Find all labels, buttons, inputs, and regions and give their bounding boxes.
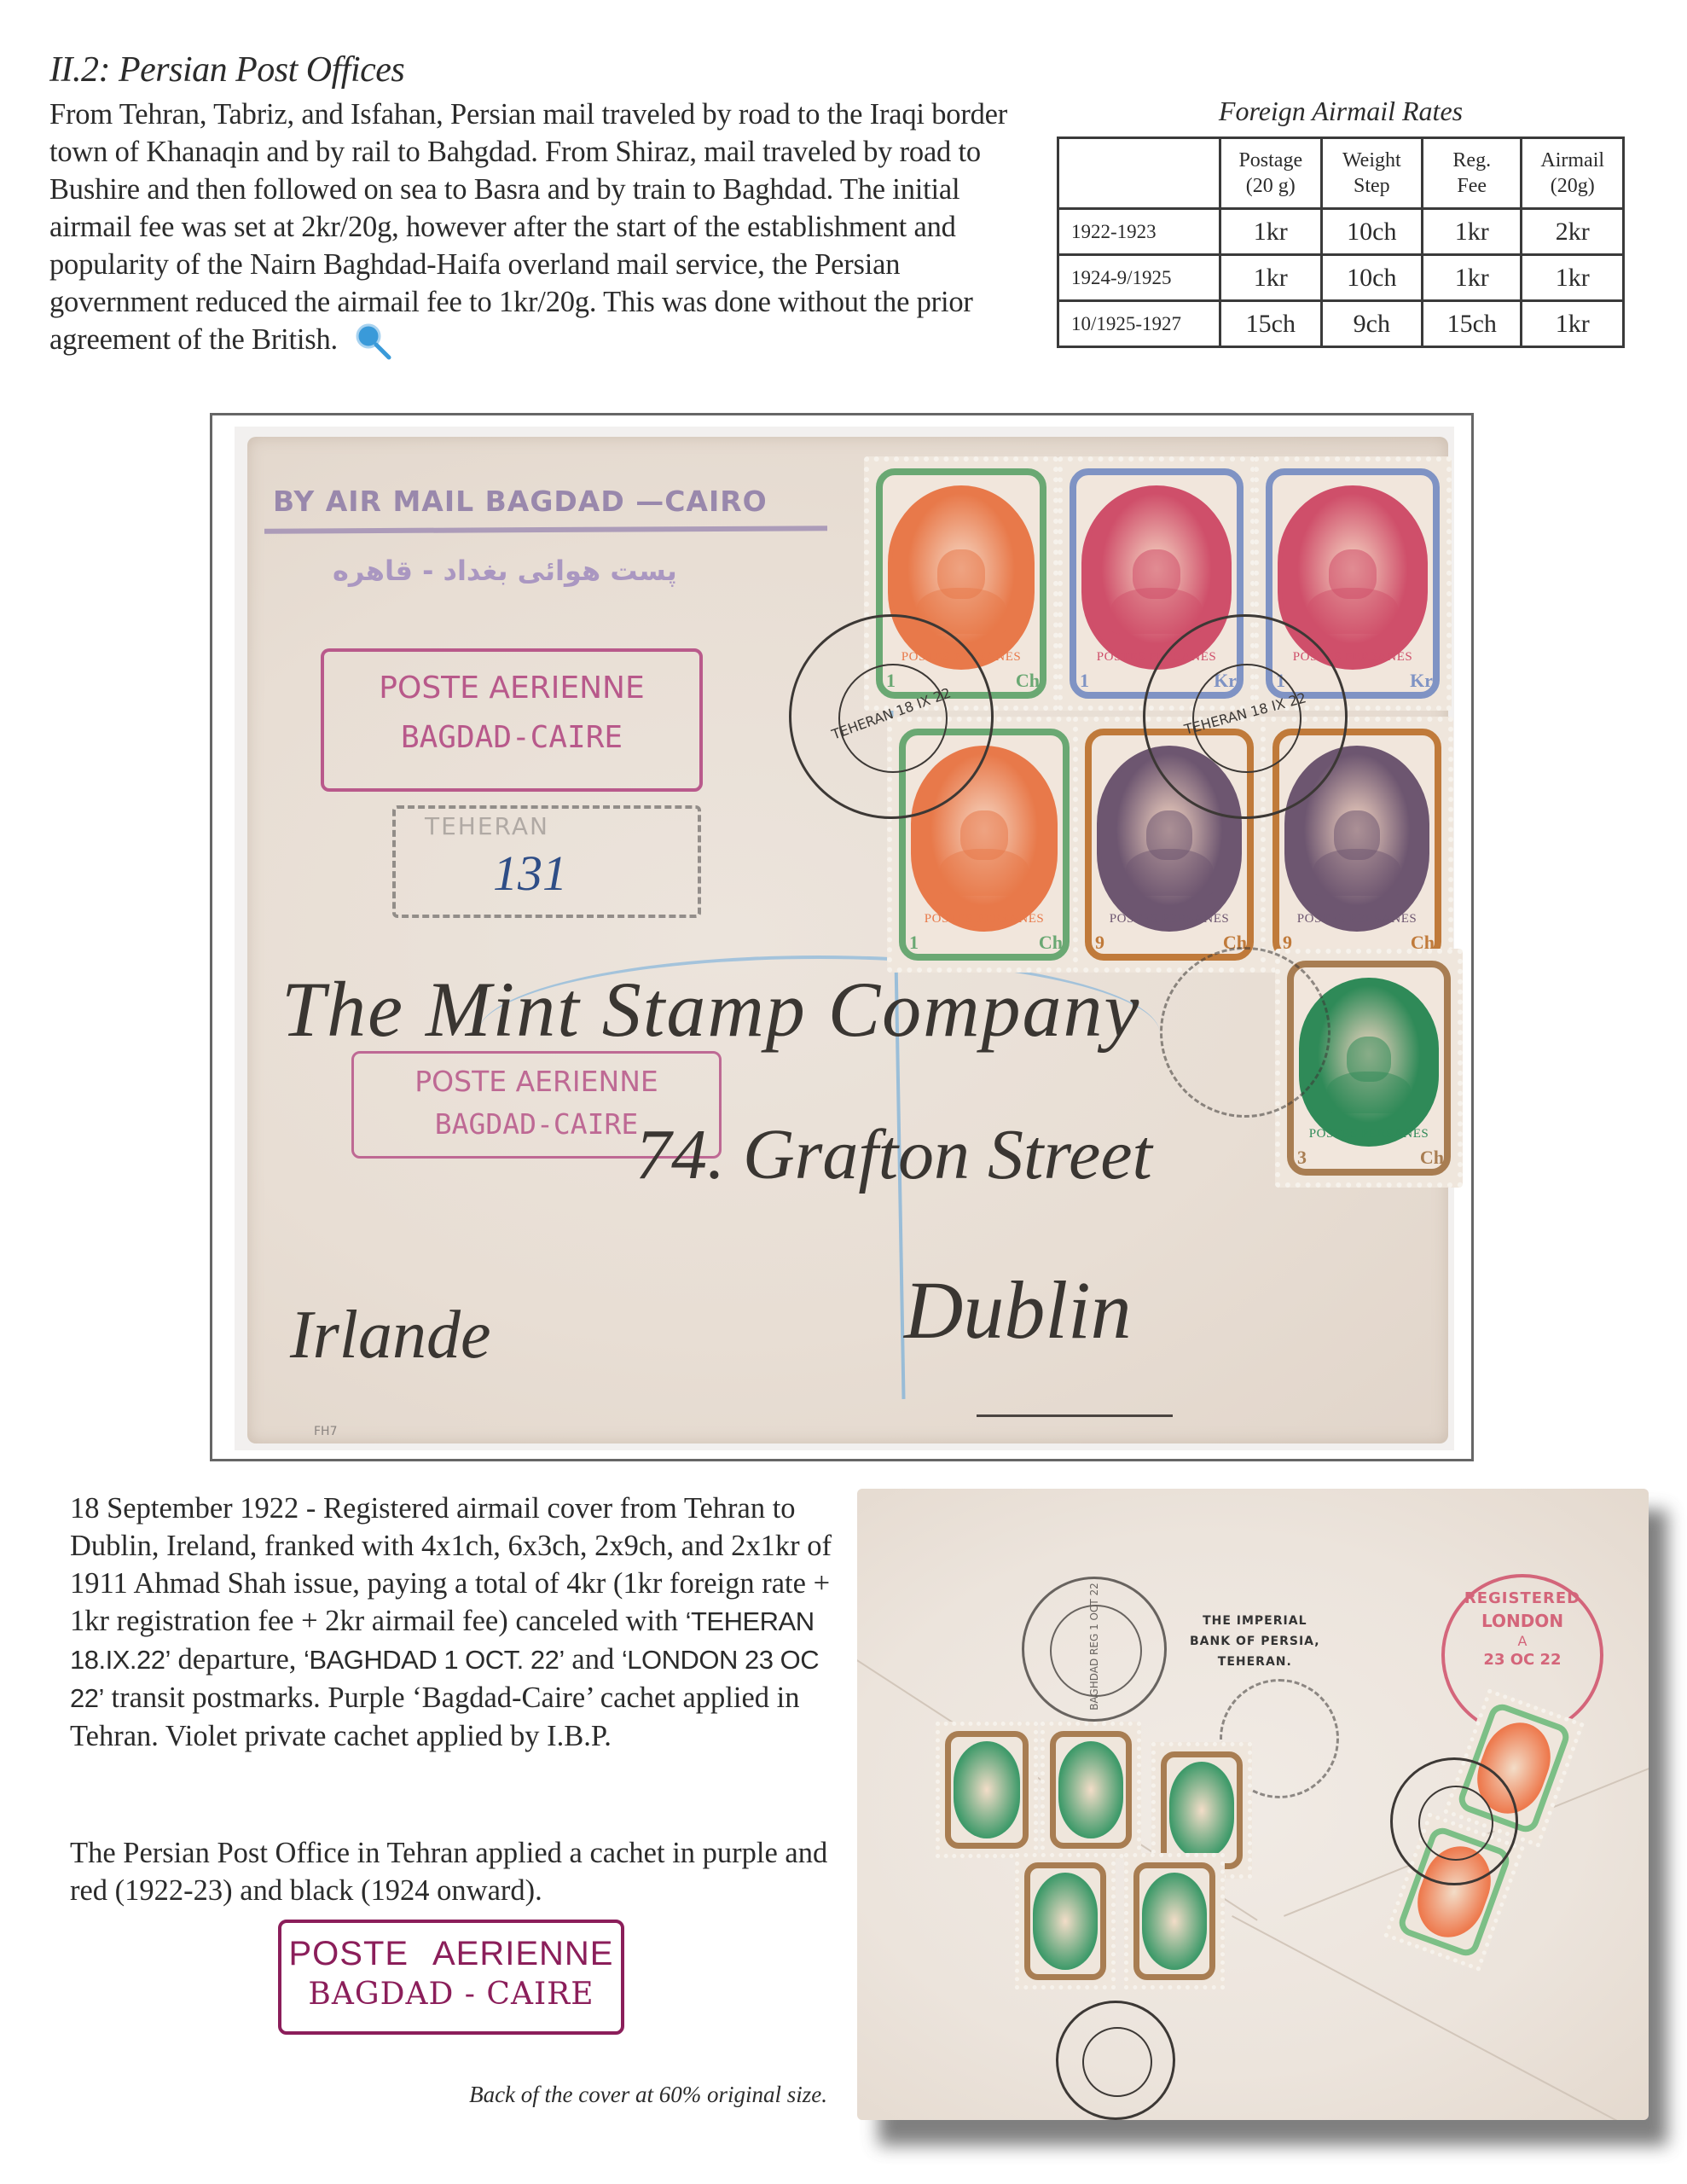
- stamp-portrait-bust: [1126, 849, 1213, 895]
- stamp-value: 1: [909, 932, 919, 954]
- pencil-note: FH7: [314, 1425, 338, 1438]
- stamp-portrait-bust: [940, 849, 1029, 895]
- cachet-line-1: POSTE AERIENNE: [354, 1060, 719, 1103]
- cover-description: 18 September 1922 - Registered airmail c…: [70, 1490, 838, 1755]
- stamp-unit: Ch: [1016, 670, 1040, 692]
- tehran-postmark: TEHERAN 18 IX 22: [789, 614, 994, 819]
- stamp-unit: Kr: [1410, 670, 1433, 692]
- tehran-postmark-back: [1390, 1757, 1518, 1885]
- table-row: 1924-9/1925 1kr 10ch 1kr 1kr: [1058, 255, 1624, 301]
- stamp-value: 3: [1297, 1147, 1307, 1169]
- registration-number: 131: [493, 845, 567, 902]
- cell-reg-fee: 1kr: [1423, 255, 1522, 301]
- address-country: Irlande: [290, 1297, 491, 1374]
- header-weight-step: WeightStep: [1321, 138, 1422, 209]
- poste-aerienne-cachet: POSTE AERIENNE BAGDAD-CAIRE: [321, 648, 703, 792]
- persian-airmail-handstamp: پست هوائی بغداد - قاهره: [333, 555, 677, 587]
- cell-weight-step: 10ch: [1321, 209, 1422, 255]
- cachet-line-1: POSTE AERIENNE: [324, 664, 699, 713]
- back-stamp: [1041, 1722, 1141, 1858]
- header-airmail: Airmail(20g): [1522, 138, 1624, 209]
- cell-period: 1924-9/1925: [1058, 255, 1220, 301]
- stamp-legend: POSTES PERSANES: [892, 912, 1076, 926]
- cell-airmail: 2kr: [1522, 209, 1624, 255]
- magnifier-icon[interactable]: [353, 322, 396, 361]
- table-row: 10/1925-1927 15ch 9ch 15ch 1kr: [1058, 301, 1624, 347]
- tehran-postmark-back: [1056, 2001, 1175, 2120]
- header-reg-fee: Reg.Fee: [1423, 138, 1522, 209]
- stamp-legend: POSTES PERSANES: [1266, 912, 1448, 926]
- intro-paragraph: From Tehran, Tabriz, and Isfahan, Persia…: [49, 96, 1030, 361]
- tehran-postmark: TEHERAN 18 IX 22: [1143, 614, 1348, 819]
- stamp-portrait-oval: [954, 1741, 1020, 1838]
- cell-reg-fee: 15ch: [1423, 301, 1522, 347]
- address-line-1: The Mint Stamp Company: [281, 964, 1140, 1054]
- stamp-portrait-oval: [1033, 1873, 1098, 1970]
- address-line-3: Dublin: [904, 1263, 1132, 1357]
- stamp-unit: Ch: [1039, 932, 1063, 954]
- rates-table-header: Postage(20 g) WeightStep Reg.Fee Airmail…: [1058, 138, 1624, 209]
- cell-airmail: 1kr: [1522, 301, 1624, 347]
- cachet-sample-line-2: BAGDAD - CAIRE: [281, 1977, 621, 2012]
- back-stamp: [936, 1722, 1038, 1858]
- stamp-value: 1: [1080, 670, 1089, 692]
- cachet-line-2: BAGDAD-CAIRE: [324, 713, 699, 763]
- stamp-portrait-bust: [1327, 1072, 1412, 1113]
- header-postage: Postage(20 g): [1220, 138, 1322, 209]
- stamp-portrait-oval: [1142, 1873, 1207, 1970]
- registration-label: TEHERAN: [425, 812, 549, 840]
- cell-airmail: 1kr: [1522, 255, 1624, 301]
- stamp-unit: Ch: [1420, 1147, 1444, 1169]
- header-empty: [1058, 138, 1220, 209]
- cell-postage: 1kr: [1220, 255, 1322, 301]
- cell-period: 1922-1923: [1058, 209, 1220, 255]
- baghdad-postmark: BAGHDAD REG 1 OCT 22: [1022, 1577, 1167, 1722]
- section-title: II.2: Persian Post Offices: [49, 49, 404, 90]
- address-line-2: 74. Grafton Street: [635, 1113, 1152, 1196]
- cell-reg-fee: 1kr: [1423, 209, 1522, 255]
- stamp-legend: POSTES PERSANES: [1280, 1127, 1458, 1141]
- back-stamp: [1015, 1853, 1116, 1989]
- address-underline: [977, 1414, 1173, 1417]
- imperial-bank-cachet: THE IMPERIAL BANK OF PERSIA, TEHERAN.: [1190, 1611, 1320, 1672]
- airmail-handstamp: BY AIR MAIL BAGDAD —CAIRO: [273, 485, 768, 518]
- intro-text: From Tehran, Tabriz, and Isfahan, Persia…: [49, 98, 1007, 356]
- stamp-portrait-bust: [1111, 588, 1202, 634]
- back-stamp: [1124, 1853, 1225, 1989]
- cell-weight-step: 10ch: [1321, 255, 1422, 301]
- cell-postage: 15ch: [1220, 301, 1322, 347]
- stamp-legend: POSTES PERSANES: [1078, 912, 1261, 926]
- tehran-postmark-partial: [1160, 947, 1330, 1118]
- cachet-sample: POSTE AERIENNE BAGDAD - CAIRE: [278, 1920, 624, 2035]
- stamp-value: 9: [1095, 932, 1104, 954]
- stamp-portrait-bust: [1307, 588, 1398, 634]
- stamp-portrait-bust: [1313, 849, 1400, 895]
- postmark-baghdad-text: ‘BAGHDAD 1 OCT. 22’: [304, 1645, 565, 1675]
- cell-postage: 1kr: [1220, 209, 1322, 255]
- table-row: 1922-1923 1kr 10ch 1kr 2kr: [1058, 209, 1624, 255]
- stamp-portrait-oval: [1058, 1741, 1123, 1838]
- stamp-portrait-oval: [1169, 1762, 1234, 1859]
- rates-table-title: Foreign Airmail Rates: [1057, 96, 1625, 127]
- rates-table: Postage(20 g) WeightStep Reg.Fee Airmail…: [1057, 136, 1625, 348]
- back-cover-caption: Back of the cover at 60% original size.: [409, 2082, 827, 2108]
- cell-weight-step: 9ch: [1321, 301, 1422, 347]
- cachet-sample-line-1: POSTE AERIENNE: [281, 1935, 621, 1973]
- cachet-note: The Persian Post Office in Tehran applie…: [70, 1834, 838, 1909]
- cell-period: 10/1925-1927: [1058, 301, 1220, 347]
